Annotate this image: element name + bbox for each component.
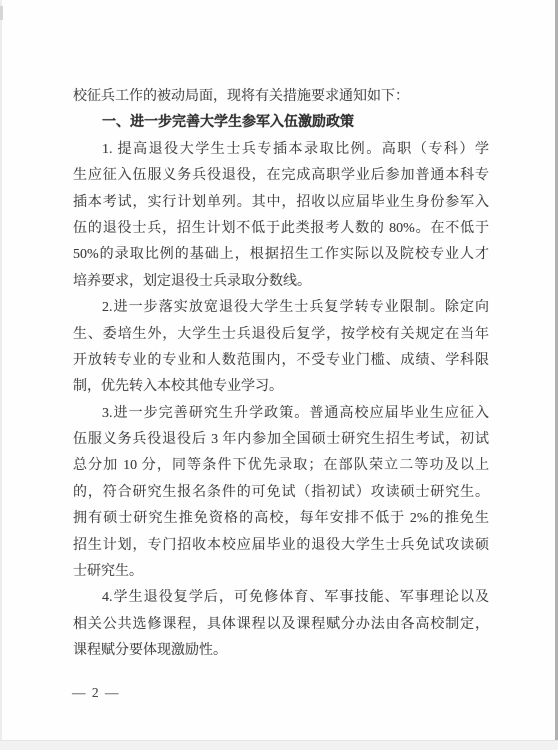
scanned-document-page: 校征兵工作的被动局面，现将有关措施要求通知如下： 一、进一步完善大学生参军入伍激… xyxy=(0,0,558,750)
scan-edge-bottom xyxy=(0,740,558,750)
paragraph-4-line-1: 4.学生退役复学后，可免修体育、军事技能、军事理论以及 xyxy=(73,585,489,611)
paragraph-3-line-7: 士研究生。 xyxy=(73,559,489,585)
paragraph-3-line-6: 招生计划，专门招收本校应届毕业的退役大学生士兵免试攻读硕 xyxy=(73,533,489,559)
paragraph-3-line-4: 的，符合研究生报名条件的可免试（指初试）攻读硕士研究生。 xyxy=(73,480,489,506)
paragraph-3-line-2: 伍服义务兵役退役后 3 年内参加全国硕士研究生招生考试，初试 xyxy=(73,427,489,453)
paragraph-2-line-3: 开放转专业的专业和人数范围内，不受专业门槛、成绩、学科限 xyxy=(73,348,489,374)
paragraph-4-line-2: 相关公共选修课程，具体课程以及课程赋分办法由各高校制定， xyxy=(73,612,489,638)
paragraph-1-line-4: 伍的退役士兵，招生计划不低于此类报考人数的 80%。在不低于 xyxy=(73,216,489,242)
paragraph-2-line-4: 制，优先转入本校其他专业学习。 xyxy=(73,374,489,400)
scan-edge-left xyxy=(0,0,2,750)
paragraph-4-line-3: 课程赋分要体现激励性。 xyxy=(73,638,489,664)
page-number: — 2 — xyxy=(72,685,120,701)
scan-corner-artifact xyxy=(0,6,3,20)
paragraph-3-line-5: 拥有硕士研究生推免资格的高校，每年安排不低于 2%的推免生 xyxy=(73,506,489,532)
paragraph-1-line-3: 插本考试，实行计划单列。其中，招收以应届毕业生身份参军入 xyxy=(73,190,489,216)
paragraph-2-line-2: 生、委培生外，大学生士兵退役后复学，按学校有关规定在当年 xyxy=(73,322,489,348)
paragraph-1-line-5: 50%的录取比例的基础上，根据招生工作实际以及院校专业人才 xyxy=(73,242,489,268)
continuation-line: 校征兵工作的被动局面，现将有关措施要求通知如下： xyxy=(73,84,489,110)
section-1-heading: 一、进一步完善大学生参军入伍激励政策 xyxy=(73,110,489,136)
paragraph-2-line-1: 2.进一步落实放宽退役大学生士兵复学转专业限制。除定向 xyxy=(73,295,489,321)
paragraph-1-line-6: 培养要求，划定退役士兵录取分数线。 xyxy=(73,269,489,295)
document-body: 校征兵工作的被动局面，现将有关措施要求通知如下： 一、进一步完善大学生参军入伍激… xyxy=(73,84,489,665)
paragraph-3-line-3: 总分加 10 分，同等条件下优先录取；在部队荣立二等功及以上 xyxy=(73,453,489,479)
paragraph-1-line-1: 1. 提高退役大学生士兵专插本录取比例。高职（专科）学 xyxy=(73,137,489,163)
paragraph-3-line-1: 3.进一步完善研究生升学政策。普通高校应届毕业生应征入 xyxy=(73,401,489,427)
paragraph-1-line-2: 生应征入伍服义务兵役退役，在完成高职学业后参加普通本科专 xyxy=(73,163,489,189)
